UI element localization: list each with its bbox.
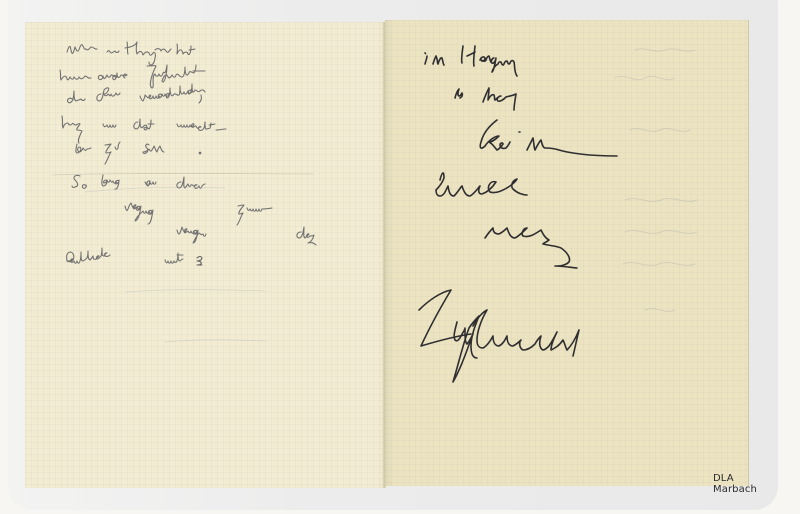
right-page: im Hingang es hat keine andere Zuflucht: [385, 20, 748, 486]
left-page: Mitten im Hingang hat keine andere Zuflu…: [25, 22, 385, 488]
open-notebook-photo: Mitten im Hingang hat keine andere Zuflu…: [25, 22, 748, 488]
left-handwriting: [25, 22, 385, 488]
right-handwriting: [385, 20, 748, 486]
photo-credit-caption: DLA Marbach: [713, 473, 778, 495]
image-card: Mitten im Hingang hat keine andere Zuflu…: [8, 0, 778, 510]
